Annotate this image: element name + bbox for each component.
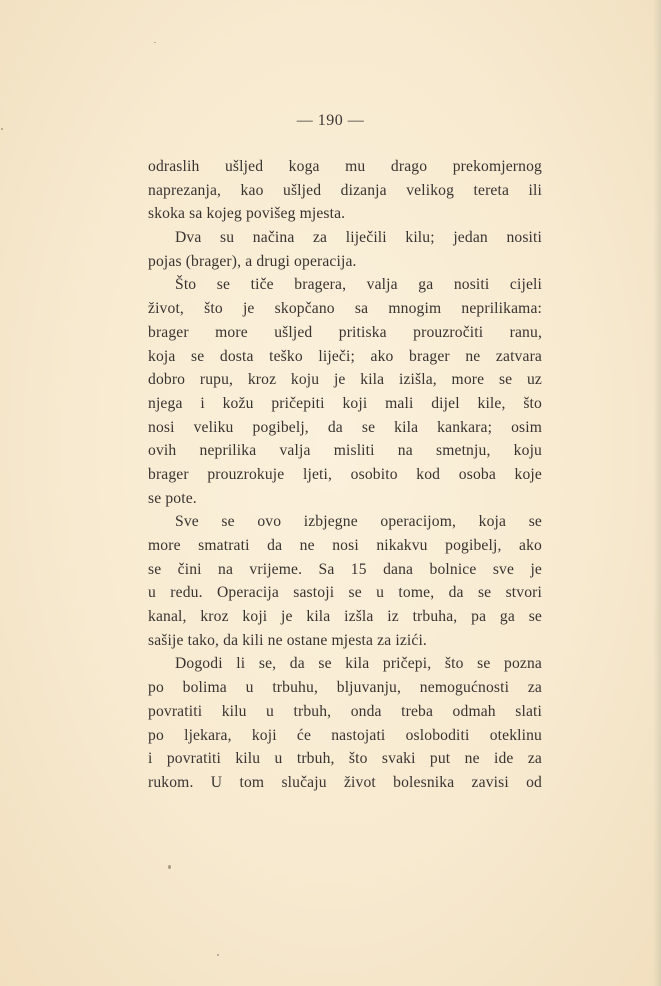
text-line: pojas (brager), a drugi operacija. [148,250,542,274]
text-line: nosi veliku pogibelj, da se kila kankara… [148,416,542,440]
paper-speck [154,42,156,43]
text-line: život, što je skopčano sa mnogim neprili… [148,297,542,321]
text-line: skoka sa kojeg povišeg mjesta. [148,202,542,226]
text-line: rukom. U tom slučaju život bolesnika zav… [148,771,542,795]
paper-speck [168,865,171,869]
paragraph-start-line: Dogodi li se, da se kila pričepi, što se… [148,652,542,676]
text-line: u redu. Operacija sastoji se u tome, da … [148,581,542,605]
text-line: sašije tako, da kili ne ostane mjesta za… [148,629,542,653]
text-line: brager prouzrokuje ljeti, osobito kod os… [148,463,542,487]
text-line: odraslih ušljed koga mu drago prekomjern… [148,155,542,179]
text-line: se čini na vrijeme. Sa 15 dana bolnice s… [148,558,542,582]
text-line: i povratiti kilu u trbuh, što svaki put … [148,747,542,771]
page-number: — 190 — [0,112,661,130]
text-line: njega i kožu pričepiti koji mali dijel k… [148,392,542,416]
text-line: naprezanja, kao ušljed dizanja velikog t… [148,179,542,203]
paper-speck [217,954,219,956]
text-line: kanal, kroz koji je kila izšla iz trbuha… [148,605,542,629]
text-line: po ljekara, koji će nastojati osloboditi… [148,724,542,748]
text-line: brager more ušljed pritiska prouzročiti … [148,321,542,345]
paragraph-start-line: Sve se ovo izbjegne operacijom, koja se [148,510,542,534]
text-line: dobro rupu, kroz koju je kila izišla, mo… [148,368,542,392]
body-text: odraslih ušljed koga mu drago prekomjern… [148,155,542,795]
text-line: koja se dosta teško liječi; ako brager n… [148,345,542,369]
text-line: povratiti kilu u trbuh, onda treba odmah… [148,700,542,724]
paper-speck [1,128,3,130]
text-line: ovih neprilika valja misliti na smetnju,… [148,439,542,463]
paragraph-start-line: Što se tiče bragera, valja ga nositi cij… [148,273,542,297]
text-line: se pote. [148,487,542,511]
text-line: more smatrati da ne nosi nikakvu pogibel… [148,534,542,558]
paragraph-start-line: Dva su načina za liječili kilu; jedan no… [148,226,542,250]
book-page: — 190 — odraslih ušljed koga mu drago pr… [0,0,661,986]
text-line: po bolima u trbuhu, bljuvanju, nemogućno… [148,676,542,700]
